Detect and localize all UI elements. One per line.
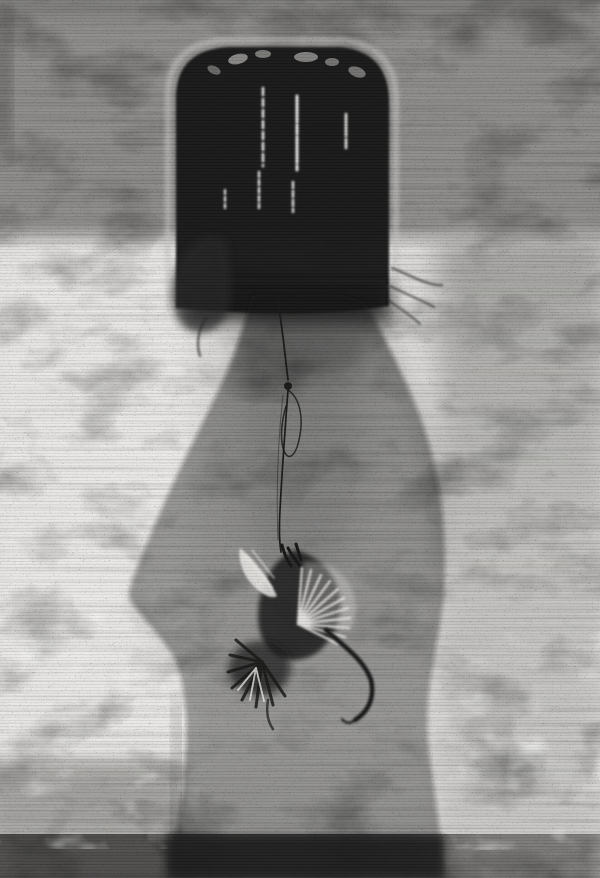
photo-canvas	[0, 0, 600, 878]
fine-grain	[0, 0, 600, 878]
print-grain	[0, 0, 600, 878]
photomontage-image	[0, 0, 600, 878]
